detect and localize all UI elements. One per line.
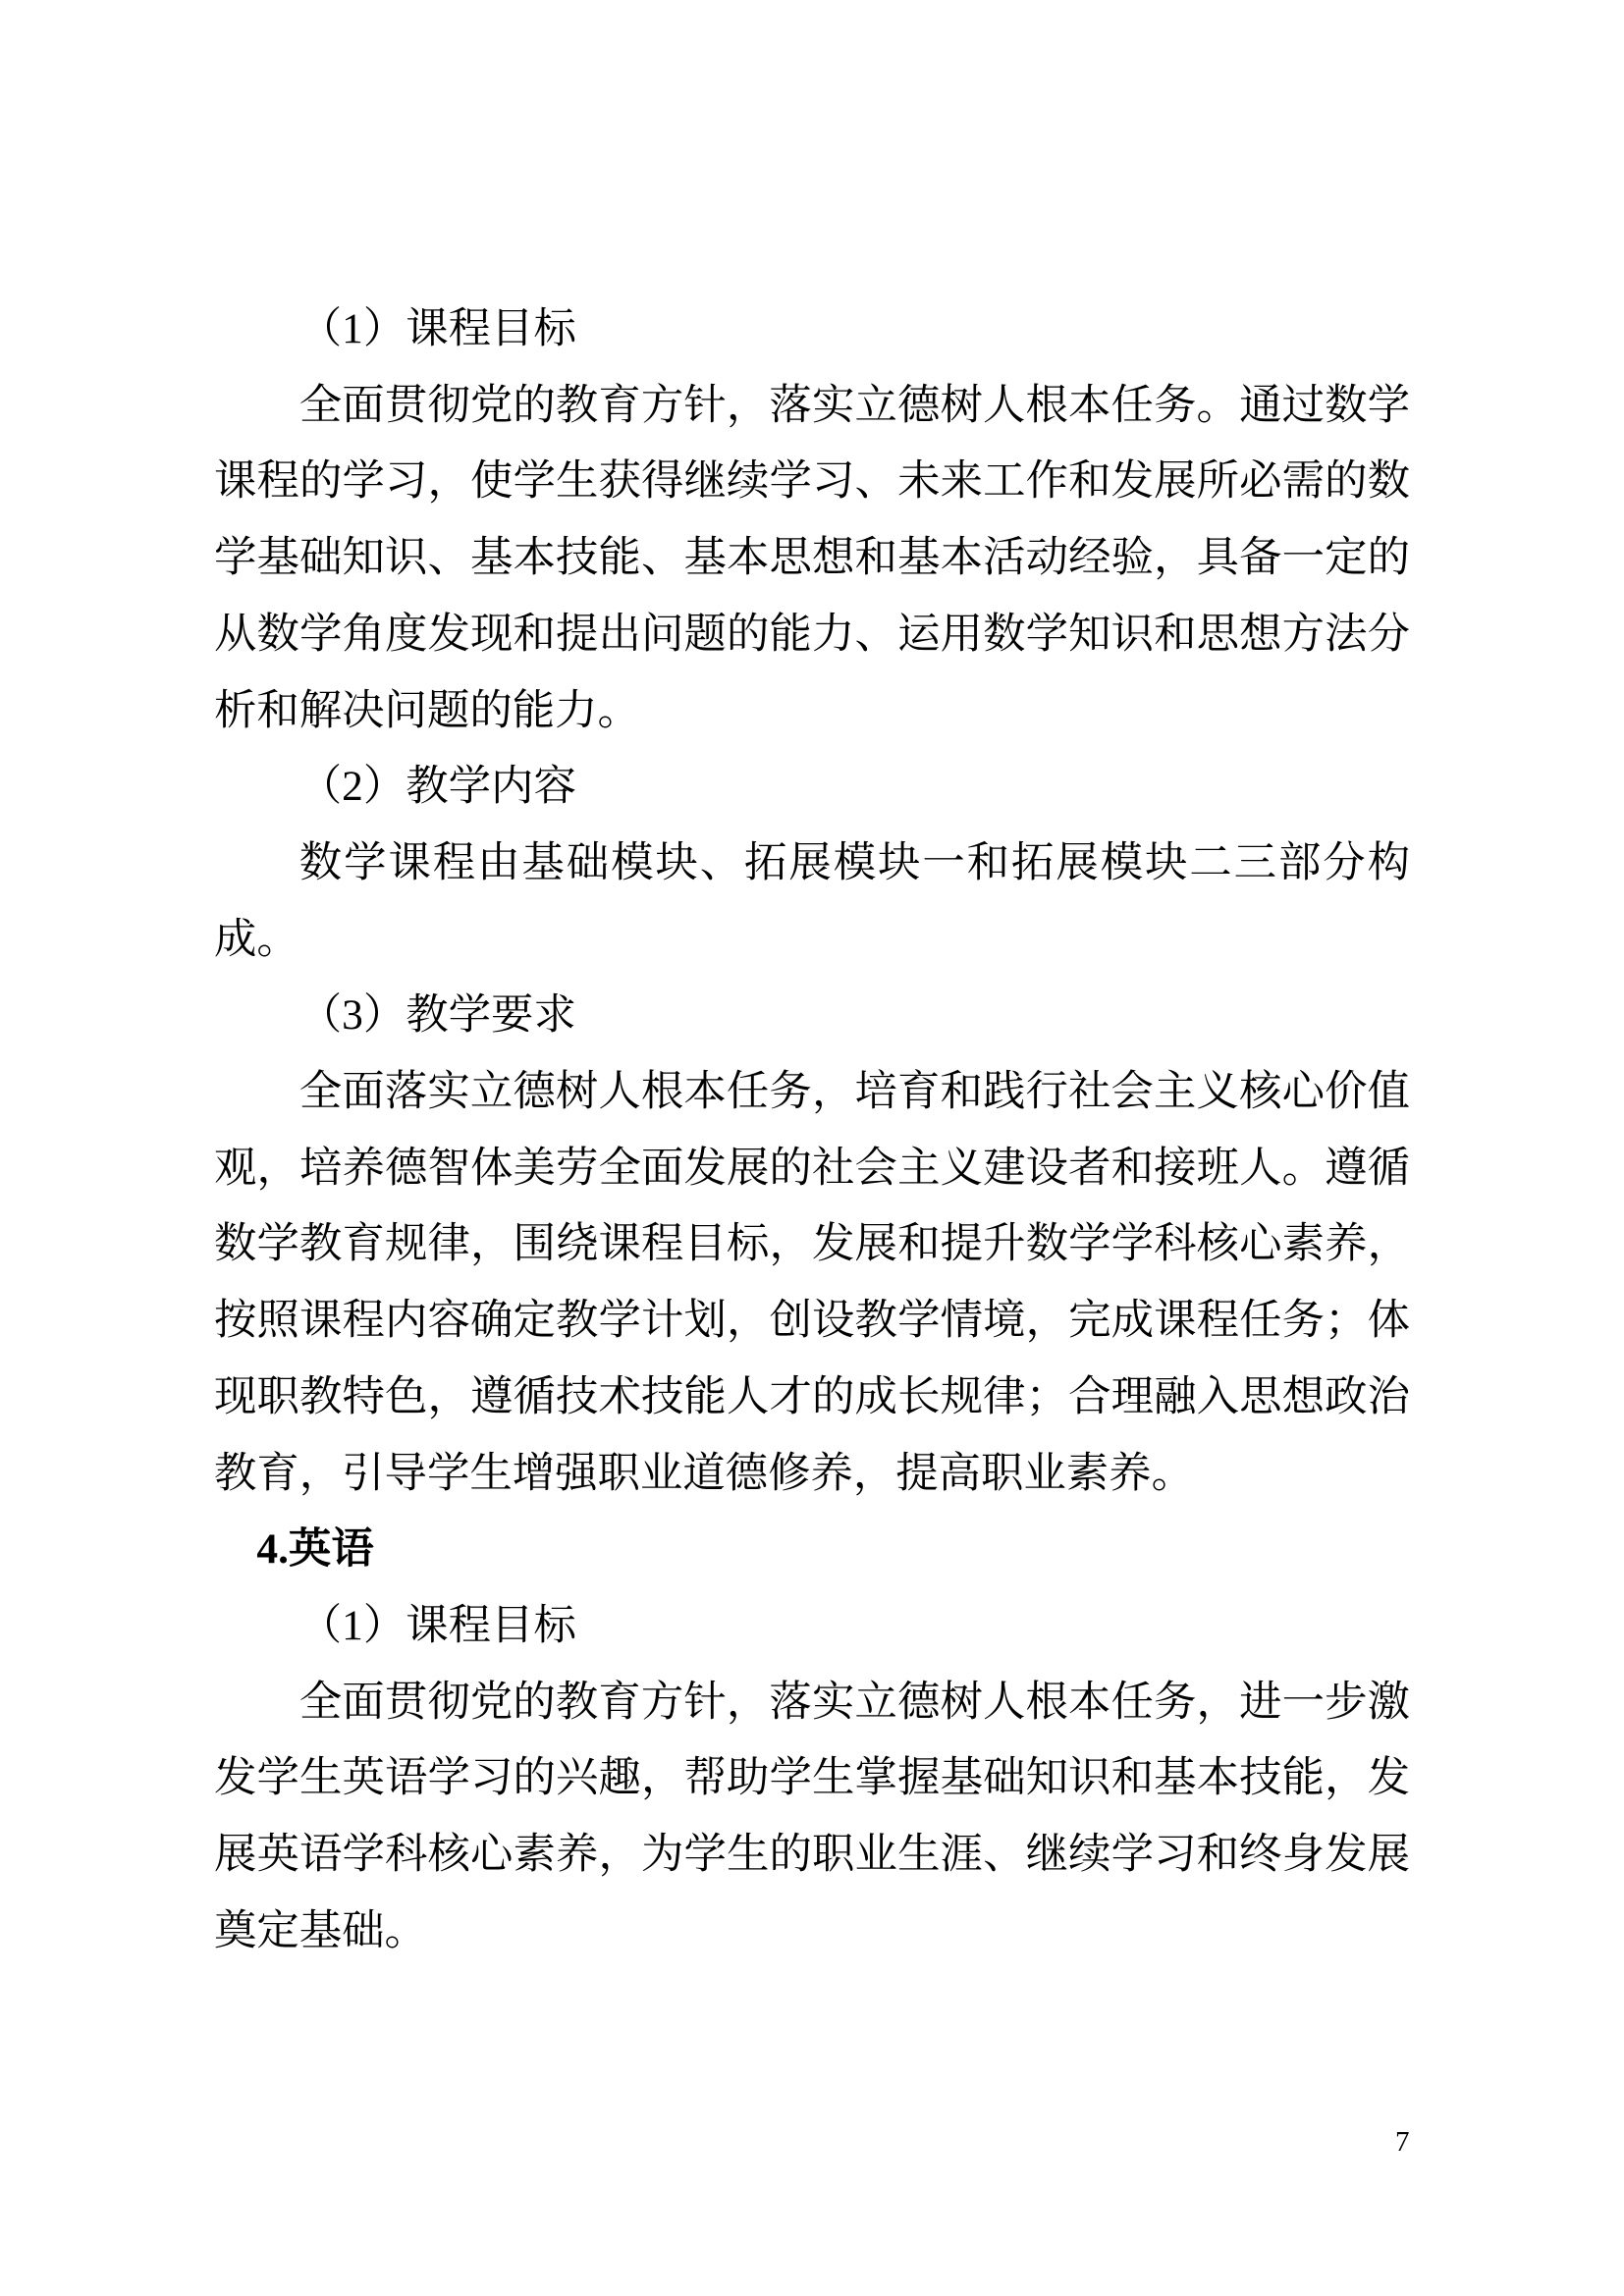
subheading-english-course-objectives: （1）课程目标 [214, 1588, 1410, 1665]
page-number: 7 [1395, 2124, 1410, 2160]
paragraph-math-teaching-content: 数学课程由基础模块、拓展模块一和拓展模块二三部分构成。 [214, 826, 1410, 978]
section-heading-english: 4.英语 [214, 1512, 1410, 1588]
subheading-math-teaching-content: （2）教学内容 [214, 749, 1410, 826]
document-page: （1）课程目标 全面贯彻党的教育方针，落实立德树人根本任务。通过数学课程的学习，… [0, 0, 1624, 2296]
paragraph-math-course-objectives: 全面贯彻党的教育方针，落实立德树人根本任务。通过数学课程的学习，使学生获得继续学… [214, 368, 1410, 750]
subheading-math-course-objectives: （1）课程目标 [214, 292, 1410, 368]
paragraph-math-teaching-requirements: 全面落实立德树人根本任务，培育和践行社会主义核心价值观，培养德智体美劳全面发展的… [214, 1054, 1410, 1512]
document-body: （1）课程目标 全面贯彻党的教育方针，落实立德树人根本任务。通过数学课程的学习，… [214, 292, 1410, 1969]
subheading-math-teaching-requirements: （3）教学要求 [214, 978, 1410, 1054]
paragraph-english-course-objectives: 全面贯彻党的教育方针，落实立德树人根本任务，进一步激发学生英语学习的兴趣，帮助学… [214, 1665, 1410, 1970]
